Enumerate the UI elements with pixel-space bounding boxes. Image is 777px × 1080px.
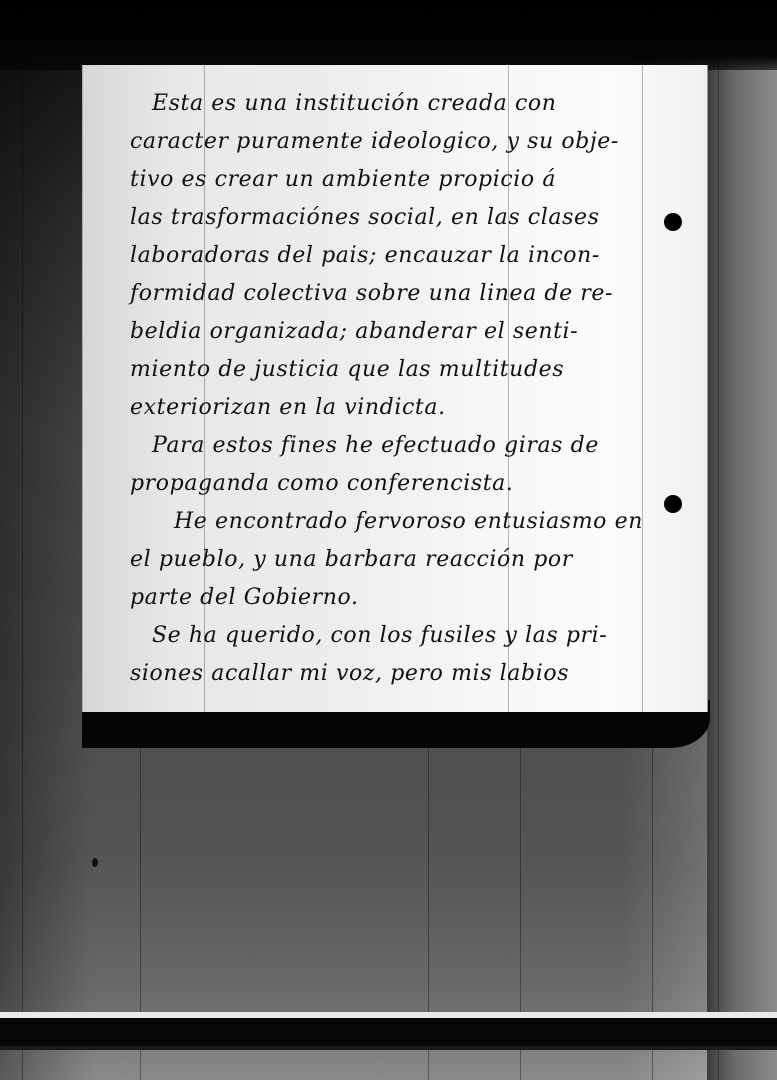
- text-line: las trasformaciónes social, en las clase…: [130, 199, 700, 237]
- text-line: parte del Gobierno.: [130, 579, 700, 617]
- film-scratch-line: [718, 0, 719, 1080]
- text-line: He encontrado fervoroso entusiasmo en: [130, 503, 700, 541]
- manuscript-page: Esta es una institución creada con carac…: [82, 65, 708, 712]
- text-line: el pueblo, y una barbara reacción por: [130, 541, 700, 579]
- ink-speck: [92, 858, 98, 867]
- text-line: laboradoras del pais; encauzar la incon-: [130, 237, 700, 275]
- text-line: siones acallar mi voz, pero mis labios: [130, 655, 700, 693]
- scan-bottom-line: [0, 1046, 777, 1050]
- text-line: exteriorizan en la vindicta.: [130, 389, 700, 427]
- text-line: Esta es una institución creada con: [130, 85, 700, 123]
- scan-top-shadow: [0, 0, 777, 70]
- text-line: Se ha querido, con los fusiles y las pri…: [130, 617, 700, 655]
- text-line: tivo es crear un ambiente propicio á: [130, 161, 700, 199]
- text-line: Para estos fines he efectuado giras de: [130, 427, 700, 465]
- text-line: propaganda como conferencista.: [130, 465, 700, 503]
- handwritten-text: Esta es una institución creada con carac…: [130, 85, 700, 693]
- scan-bottom-bar: [0, 1012, 777, 1048]
- film-scratch-line: [22, 0, 23, 1080]
- text-line: miento de justicia que las multitudes: [130, 351, 700, 389]
- text-line: caracter puramente ideologico, y su obje…: [130, 123, 700, 161]
- text-line: formidad colectiva sobre una linea de re…: [130, 275, 700, 313]
- text-line: beldia organizada; abanderar el senti-: [130, 313, 700, 351]
